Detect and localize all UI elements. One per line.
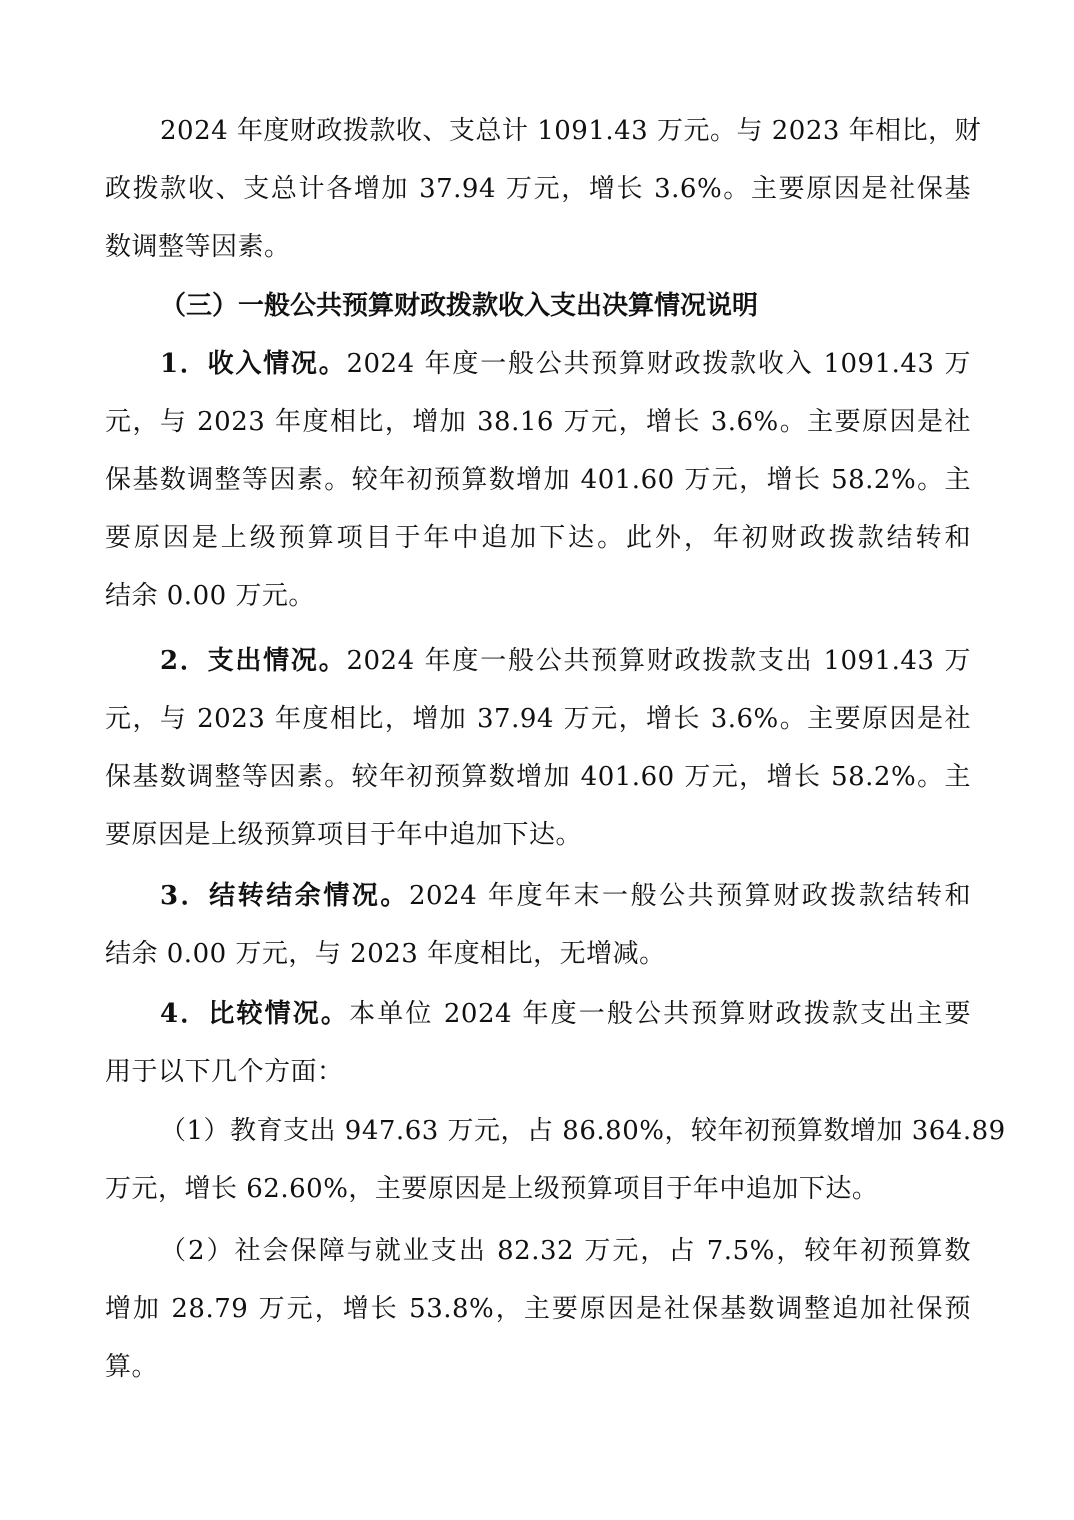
- item-3-text: 2024 年度年末一般公共预算财政拨款结转和: [409, 881, 971, 911]
- item-1-text: 2024 年度一般公共预算财政拨款收入 1091.43 万: [346, 349, 971, 379]
- item-4-line-2: 用于以下几个方面：: [105, 1055, 971, 1089]
- item-3-line-2: 结余 0.00 万元，与 2023 年度相比，无增减。: [105, 937, 971, 971]
- item-4-line-1: 4．比较情况。本单位 2024 年度一般公共预算财政拨款支出主要: [160, 997, 971, 1031]
- item-1-line-3: 保基数调整等因素。较年初预算数增加 401.60 万元，增长 58.2%。主: [105, 463, 971, 497]
- item-2-line-1: 2．支出情况。2024 年度一般公共预算财政拨款支出 1091.43 万: [160, 644, 971, 678]
- sub-item-2-line-2: 增加 28.79 万元，增长 53.8%，主要原因是社保基数调整追加社保预: [105, 1292, 971, 1326]
- sub-item-2-line-1: （2）社会保障与就业支出 82.32 万元，占 7.5%，较年初预算数: [160, 1234, 971, 1268]
- sub-item-2-line-3: 算。: [105, 1350, 971, 1384]
- sub-item-1-line-1: （1）教育支出 947.63 万元，占 86.80%，较年初预算数增加 364.…: [160, 1114, 971, 1148]
- sub-item-1-line-2: 万元，增长 62.60%，主要原因是上级预算项目于年中追加下达。: [105, 1172, 971, 1206]
- item-1-line-1: 1．收入情况。2024 年度一般公共预算财政拨款收入 1091.43 万: [160, 347, 971, 381]
- intro-line-2: 政拨款收、支总计各增加 37.94 万元，增长 3.6%。主要原因是社保基: [105, 172, 971, 206]
- section-heading: （三）一般公共预算财政拨款收入支出决算情况说明: [160, 289, 758, 323]
- item-3-label: 3．结转结余情况。: [160, 881, 409, 911]
- item-3-line-1: 3．结转结余情况。2024 年度年末一般公共预算财政拨款结转和: [160, 879, 971, 913]
- intro-line-3: 数调整等因素。: [105, 230, 971, 264]
- item-1-line-2: 元，与 2023 年度相比，增加 38.16 万元，增长 3.6%。主要原因是社: [105, 405, 971, 439]
- item-2-text: 2024 年度一般公共预算财政拨款支出 1091.43 万: [346, 646, 971, 676]
- intro-line-1: 2024 年度财政拨款收、支总计 1091.43 万元。与 2023 年相比，财: [160, 114, 971, 148]
- item-1-line-4: 要原因是上级预算项目于年中追加下达。此外，年初财政拨款结转和: [105, 521, 971, 555]
- item-1-label: 1．收入情况。: [160, 349, 346, 379]
- item-4-label: 4．比较情况。: [160, 999, 349, 1029]
- item-4-text: 本单位 2024 年度一般公共预算财政拨款支出主要: [349, 999, 971, 1029]
- item-1-line-5: 结余 0.00 万元。: [105, 579, 971, 613]
- item-2-line-3: 保基数调整等因素。较年初预算数增加 401.60 万元，增长 58.2%。主: [105, 760, 971, 794]
- item-2-line-4: 要原因是上级预算项目于年中追加下达。: [105, 818, 971, 852]
- item-2-line-2: 元，与 2023 年度相比，增加 37.94 万元，增长 3.6%。主要原因是社: [105, 702, 971, 736]
- item-2-label: 2．支出情况。: [160, 646, 346, 676]
- document-page: 2024 年度财政拨款收、支总计 1091.43 万元。与 2023 年相比，财…: [0, 0, 1074, 1520]
